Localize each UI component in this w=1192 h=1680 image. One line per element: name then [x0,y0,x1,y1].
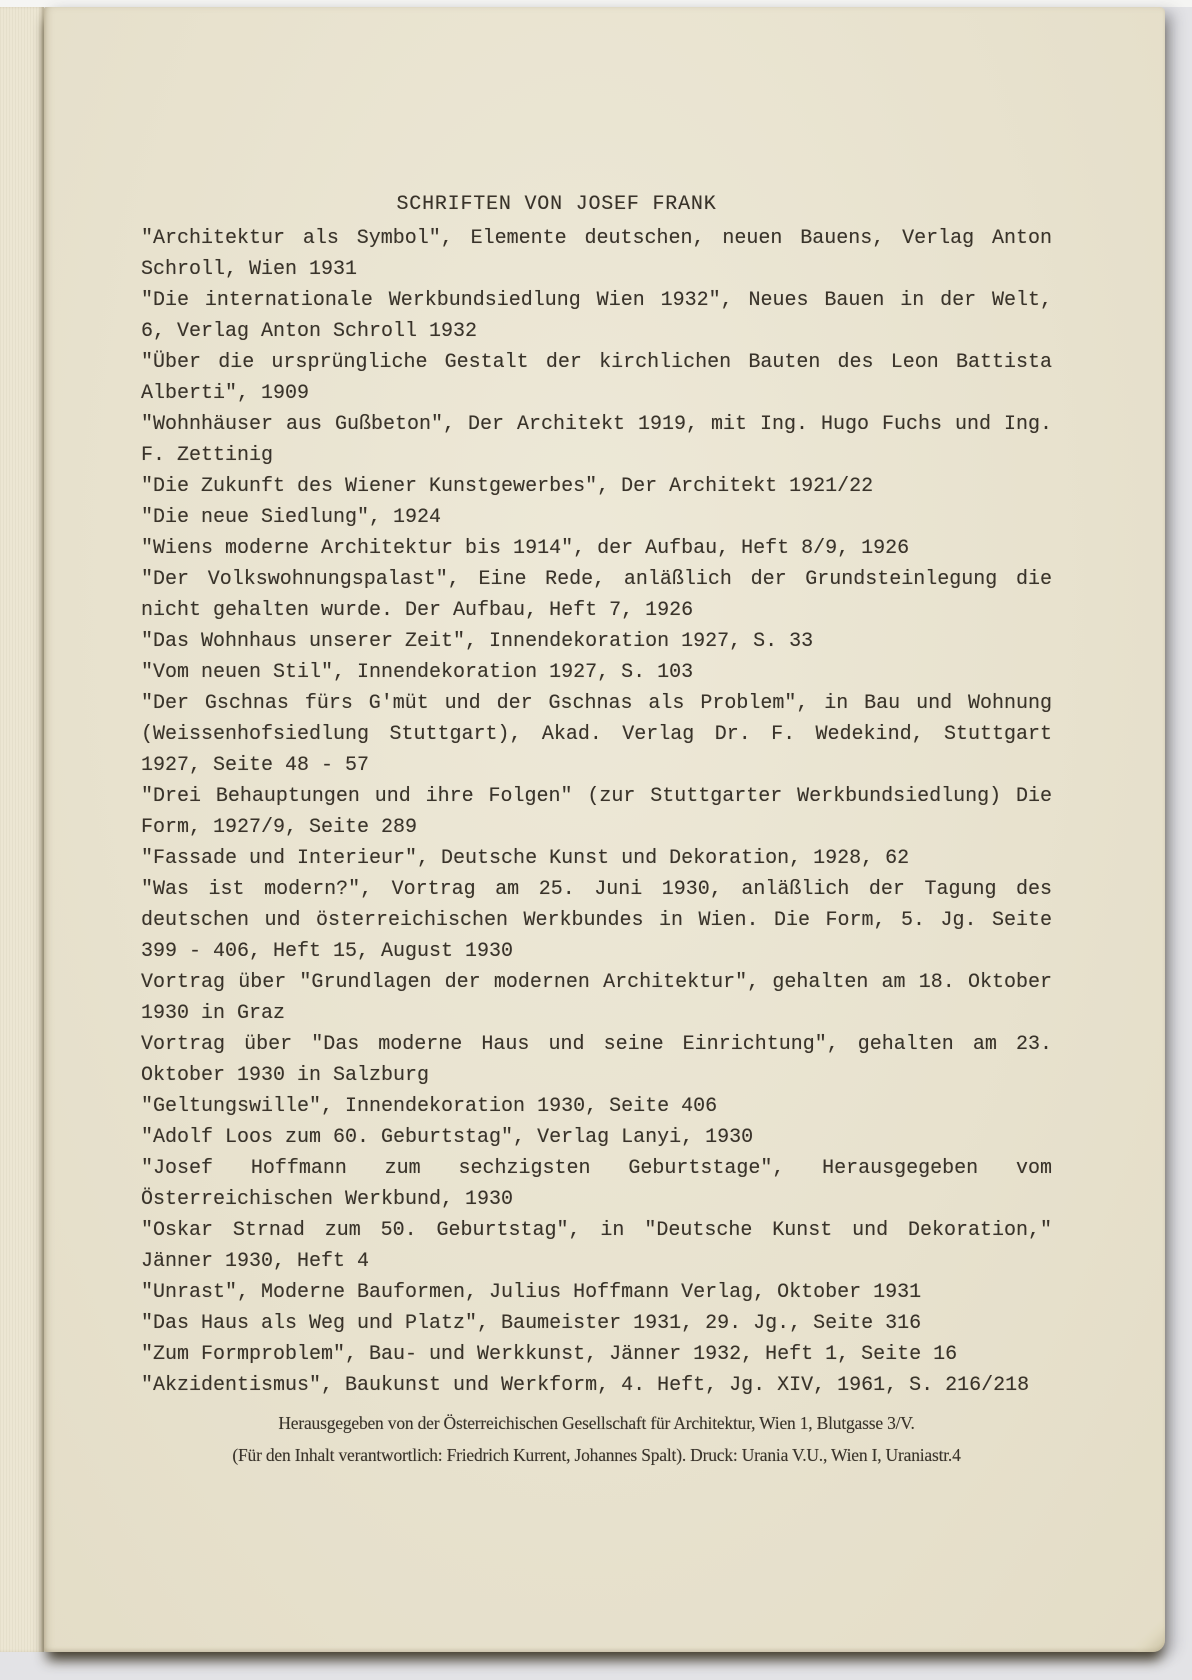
folded-page-edge [0,7,44,1652]
bibliography-entry: "Adolf Loos zum 60. Geburtstag", Verlag … [141,1122,1052,1153]
page-title: SCHRIFTEN VON JOSEF FRANK [141,192,972,218]
bibliography-list: "Architektur als Symbol", Elemente deuts… [141,223,1052,1401]
imprint-line-publisher: Herausgegeben von der Österreichischen G… [141,1407,1052,1439]
bibliography-entry: "Der Volkswohnungspalast", Eine Rede, an… [141,564,1052,626]
bibliography-entry: Vortrag über "Das moderne Haus und seine… [141,1029,1052,1091]
page-corner-fold [1129,1620,1165,1652]
bibliography-entry: "Wiens moderne Architektur bis 1914", de… [141,533,1052,564]
bibliography-entry: "Architektur als Symbol", Elemente deuts… [141,223,1052,285]
bibliography-entry: "Akzidentismus", Baukunst und Werkform, … [141,1370,1052,1401]
bibliography-entry: "Die Zukunft des Wiener Kunstgewerbes", … [141,471,1052,502]
bibliography-entry: "Das Wohnhaus unserer Zeit", Innendekora… [141,626,1052,657]
page-content: SCHRIFTEN VON JOSEF FRANK "Architektur a… [141,7,1052,1471]
bibliography-entry: "Was ist modern?", Vortrag am 25. Juni 1… [141,874,1052,967]
scanned-document: SCHRIFTEN VON JOSEF FRANK "Architektur a… [0,0,1192,1680]
bibliography-entry: "Zum Formproblem", Bau- und Werkkunst, J… [141,1339,1052,1370]
bibliography-entry: "Unrast", Moderne Bauformen, Julius Hoff… [141,1277,1052,1308]
bibliography-entry: "Josef Hoffmann zum sechzigsten Geburtst… [141,1153,1052,1215]
bibliography-entry: "Wohnhäuser aus Gußbeton", Der Architekt… [141,409,1052,471]
bibliography-entry: "Vom neuen Stil", Innendekoration 1927, … [141,657,1052,688]
document-page: SCHRIFTEN VON JOSEF FRANK "Architektur a… [44,7,1165,1652]
imprint: Herausgegeben von der Österreichischen G… [141,1407,1052,1471]
scan-background-top [0,0,1192,7]
bibliography-entry: "Über die ursprüngliche Gestalt der kirc… [141,347,1052,409]
bibliography-entry: "Drei Behauptungen und ihre Folgen" (zur… [141,781,1052,843]
bibliography-entry: "Der Gschnas fürs G'müt und der Gschnas … [141,688,1052,781]
bibliography-entry: Vortrag über "Grundlagen der modernen Ar… [141,967,1052,1029]
bibliography-entry: "Die internationale Werkbundsiedlung Wie… [141,285,1052,347]
bibliography-entry: "Oskar Strnad zum 50. Geburtstag", in "D… [141,1215,1052,1277]
bibliography-entry: "Geltungswille", Innendekoration 1930, S… [141,1091,1052,1122]
bibliography-entry: "Fassade und Interieur", Deutsche Kunst … [141,843,1052,874]
imprint-line-responsibility: (Für den Inhalt verantwortlich: Friedric… [141,1439,1052,1471]
bibliography-entry: "Die neue Siedlung", 1924 [141,502,1052,533]
bibliography-entry: "Das Haus als Weg und Platz", Baumeister… [141,1308,1052,1339]
